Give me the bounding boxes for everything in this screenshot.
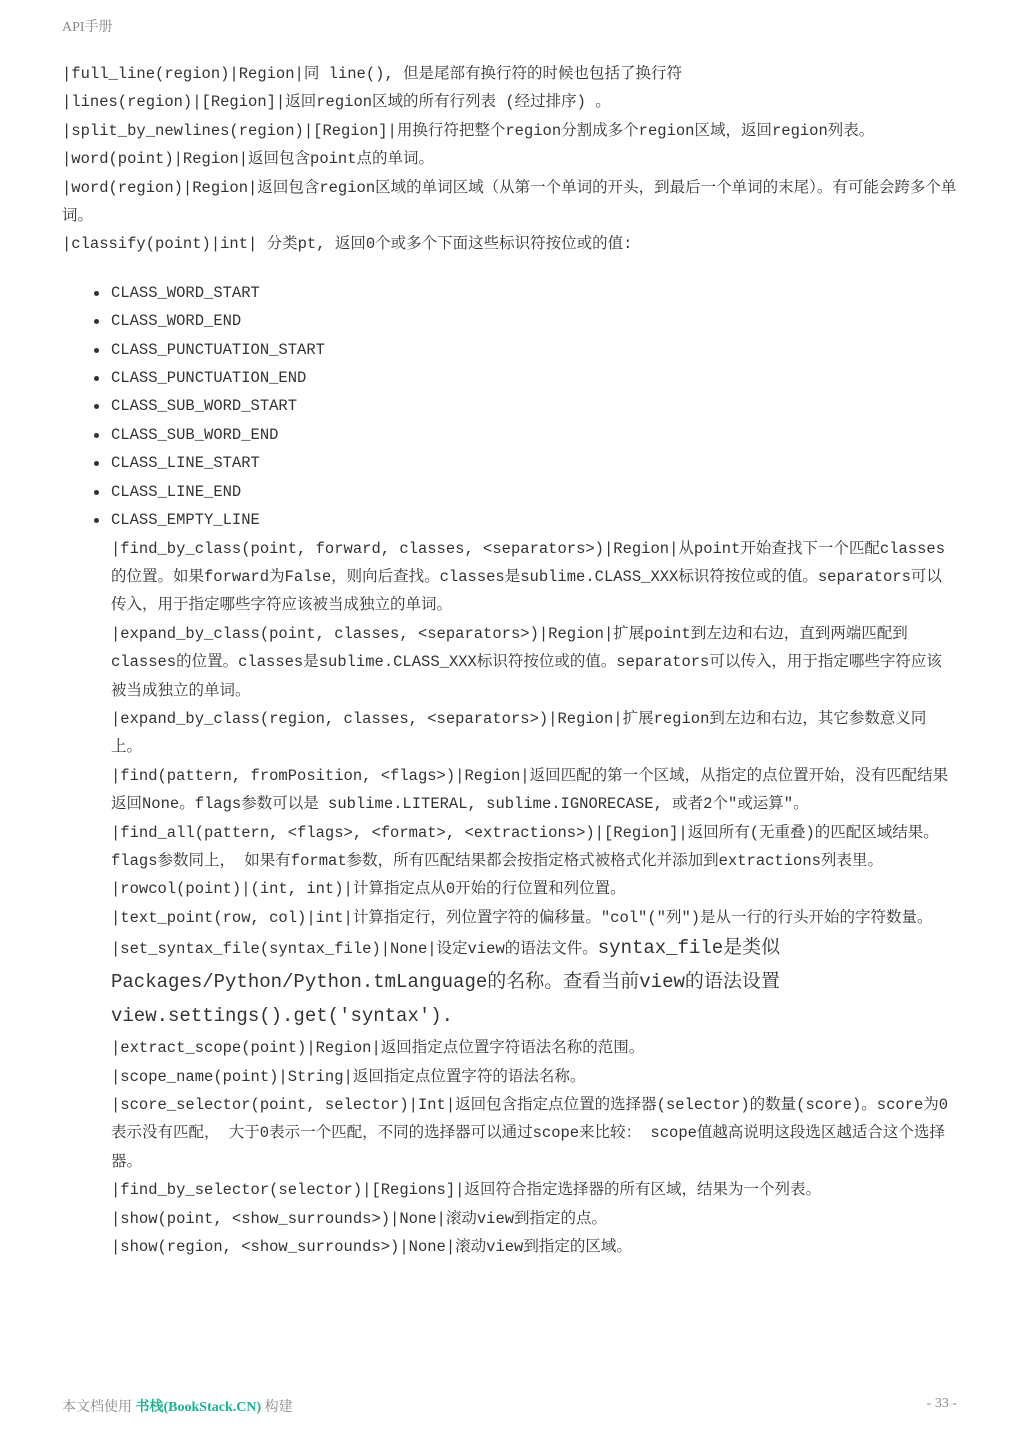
paragraph-word-point: |word(point)|Region|返回包含point点的单词。 (62, 145, 957, 173)
page-header: API手册 (62, 16, 113, 36)
list-item: CLASS_PUNCTUATION_START (111, 336, 957, 364)
footer-credit: 本文档使用 书栈(BookStack.CN) 构建 (62, 1396, 293, 1416)
paragraph-show-region: |show(region, <show_surrounds>)|None|滚动v… (111, 1233, 957, 1261)
list-item: CLASS_PUNCTUATION_END (111, 364, 957, 392)
paragraph-show-point: |show(point, <show_surrounds>)|None|滚动vi… (111, 1205, 957, 1233)
paragraph-rowcol: |rowcol(point)|(int, int)|计算指定点从0开始的行位置和… (111, 875, 957, 903)
paragraph-find: |find(pattern, fromPosition, <flags>)|Re… (111, 762, 957, 819)
paragraph-find-by-class: |find_by_class(point, forward, classes, … (111, 535, 957, 620)
paragraph-text-point: |text_point(row, col)|int|计算指定行，列位置字符的偏移… (111, 904, 957, 932)
class-flag-list: CLASS_WORD_START CLASS_WORD_END CLASS_PU… (62, 279, 957, 535)
paragraph-expand-by-class-region: |expand_by_class(region, classes, <separ… (111, 705, 957, 762)
paragraph-full-line: |full_line(region)|Region|同 line(), 但是尾部… (62, 60, 957, 88)
set-syntax-file-signature: |set_syntax_file(syntax_file)|None|设定vie… (111, 940, 598, 958)
method-descriptions: |find_by_class(point, forward, classes, … (62, 535, 957, 1262)
paragraph-expand-by-class-point: |expand_by_class(point, classes, <separa… (111, 620, 957, 705)
footer-prefix: 本文档使用 (62, 1400, 132, 1415)
list-item: CLASS_SUB_WORD_START (111, 392, 957, 420)
paragraph-split-by-newlines: |split_by_newlines(region)|[Region]|用换行符… (62, 117, 957, 145)
paragraph-find-all: |find_all(pattern, <flags>, <format>, <e… (111, 819, 957, 876)
list-item: CLASS_WORD_START (111, 279, 957, 307)
paragraph-extract-scope: |extract_scope(point)|Region|返回指定点位置字符语法… (111, 1034, 957, 1062)
footer-suffix: 构建 (265, 1400, 293, 1415)
paragraph-score-selector: |score_selector(point, selector)|Int|返回包… (111, 1091, 957, 1176)
page-number: - 33 - (927, 1396, 957, 1416)
header-title: API手册 (62, 20, 113, 35)
list-item: CLASS_LINE_START (111, 449, 957, 477)
list-item: CLASS_WORD_END (111, 307, 957, 335)
paragraph-lines: |lines(region)|[Region]|返回region区域的所有行列表… (62, 88, 957, 116)
list-item: CLASS_LINE_END (111, 478, 957, 506)
paragraph-find-by-selector: |find_by_selector(selector)|[Regions]|返回… (111, 1176, 957, 1204)
list-item: CLASS_SUB_WORD_END (111, 421, 957, 449)
paragraph-classify: |classify(point)|int| 分类pt, 返回0个或多个下面这些标… (62, 230, 957, 258)
paragraph-scope-name: |scope_name(point)|String|返回指定点位置字符的语法名称… (111, 1063, 957, 1091)
list-item: CLASS_EMPTY_LINE (111, 506, 957, 534)
paragraph-word-region: |word(region)|Region|返回包含region区域的单词区域（从… (62, 174, 957, 231)
paragraph-set-syntax-file: |set_syntax_file(syntax_file)|None|设定vie… (111, 932, 957, 1034)
document-body: |full_line(region)|Region|同 line(), 但是尾部… (62, 60, 957, 1261)
page-footer: 本文档使用 书栈(BookStack.CN) 构建 - 33 - (62, 1396, 957, 1416)
bookstack-link[interactable]: 书栈(BookStack.CN) (136, 1400, 262, 1415)
